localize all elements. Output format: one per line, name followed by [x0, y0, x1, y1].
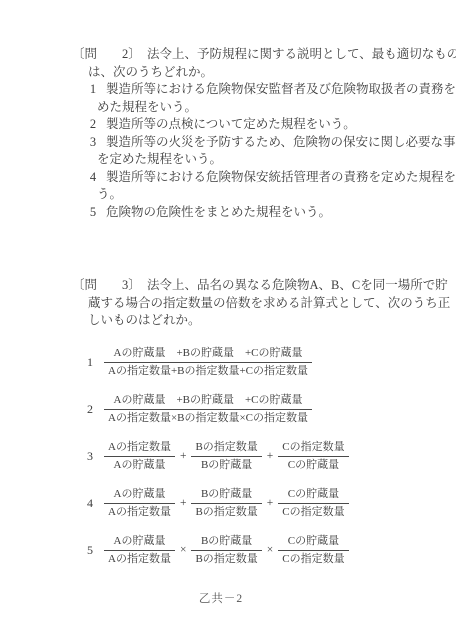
option-text: 製造所等の点検について定めた規程をいう。: [106, 116, 356, 134]
question-3-formulas: 1 Aの貯蔵量 +Bの貯蔵量 +Cの貯蔵量 Aの指定数量+Bの指定数量+Cの指定…: [0, 347, 456, 566]
operator: +: [180, 497, 187, 510]
fraction-denominator: Aの指定数量: [104, 504, 175, 519]
question-2-header-line-1: 〔問 2〕 法令上、予防規程に関する説明として、最も適切なもの: [72, 46, 456, 64]
fraction-numerator: Bの指定数量: [191, 441, 261, 457]
fraction-denominator: Aの指定数量×Bの指定数量×Cの指定数量: [104, 410, 312, 425]
operator: +: [180, 450, 187, 463]
answer-option: 3 製造所等の火災を予防するため、危険物の保安に関し必要な事項 を定めた規程をい…: [0, 134, 456, 169]
fraction-numerator: Cの指定数量: [278, 441, 348, 457]
option-number: 3: [88, 134, 98, 152]
question-3-header-line-2: 蔵する場合の指定数量の倍数を求める計算式として、次のうち正: [88, 295, 456, 313]
option-number: 5: [88, 204, 98, 222]
operator: +: [267, 497, 274, 510]
option-text-continued: めた規程をいう。: [97, 99, 456, 117]
fraction-denominator: Bの指定数量: [191, 551, 261, 566]
option-text-continued: う。: [97, 186, 456, 204]
fraction-denominator: Cの貯蔵量: [278, 457, 348, 472]
fraction-numerator: Aの貯蔵量 +Bの貯蔵量 +Cの貯蔵量: [104, 394, 312, 410]
question-2-header-line-2: は、次のうちどれか。: [88, 64, 456, 82]
option-text: 製造所等の火災を予防するため、危険物の保安に関し必要な事項: [106, 134, 456, 152]
formula-option: 4 Aの貯蔵量 Aの指定数量 + Bの貯蔵量 Bの指定数量 + Cの貯蔵量 Cの…: [85, 488, 456, 519]
fraction-denominator: Bの貯蔵量: [191, 457, 261, 472]
fraction-denominator: Cの指定数量: [278, 551, 348, 566]
fraction-numerator: Aの指定数量: [104, 441, 175, 457]
fraction: Cの貯蔵量 Cの指定数量: [278, 488, 348, 519]
option-number: 2: [88, 116, 98, 134]
formula-option: 2 Aの貯蔵量 +Bの貯蔵量 +Cの貯蔵量 Aの指定数量×Bの指定数量×Cの指定…: [85, 394, 456, 425]
fraction: Bの指定数量 Bの貯蔵量: [191, 441, 261, 472]
fraction: Aの指定数量 Aの貯蔵量: [104, 441, 175, 472]
formula-option: 1 Aの貯蔵量 +Bの貯蔵量 +Cの貯蔵量 Aの指定数量+Bの指定数量+Cの指定…: [85, 347, 456, 378]
question-3-header-line-3: しいものはどれか。: [88, 312, 456, 330]
exam-page: 〔問 2〕 法令上、予防規程に関する説明として、最も適切なもの は、次のうちどれ…: [0, 0, 456, 640]
operator: ×: [267, 544, 274, 557]
fraction-numerator: Aの貯蔵量: [104, 535, 175, 551]
fraction-numerator: Aの貯蔵量 +Bの貯蔵量 +Cの貯蔵量: [104, 347, 312, 363]
fraction: Cの指定数量 Cの貯蔵量: [278, 441, 348, 472]
option-text: 製造所等における危険物保安監督者及び危険物取扱者の責務を定: [106, 81, 456, 99]
question-3-header-line-1: 〔問 3〕 法令上、品名の異なる危険物A、B、Cを同一場所で貯: [72, 277, 456, 295]
option-number: 4: [88, 169, 98, 187]
operator: ×: [180, 544, 187, 557]
fraction: Aの貯蔵量 Aの指定数量: [104, 488, 175, 519]
question-3: 〔問 3〕 法令上、品名の異なる危険物A、B、Cを同一場所で貯 蔵する場合の指定…: [0, 277, 456, 566]
fraction-numerator: Cの貯蔵量: [278, 488, 348, 504]
page-number: 乙共－2: [0, 590, 442, 606]
fraction-denominator: Bの指定数量: [191, 504, 261, 519]
option-number: 1: [85, 356, 95, 369]
option-text: 製造所等における危険物保安統括管理者の責務を定めた規程をい: [106, 169, 456, 187]
answer-option: 2 製造所等の点検について定めた規程をいう。: [0, 116, 456, 134]
fraction-numerator: Aの貯蔵量: [104, 488, 175, 504]
fraction: Bの貯蔵量 Bの指定数量: [191, 535, 261, 566]
fraction: Aの貯蔵量 +Bの貯蔵量 +Cの貯蔵量 Aの指定数量+Bの指定数量+Cの指定数量: [104, 347, 312, 378]
fraction: Bの貯蔵量 Bの指定数量: [191, 488, 261, 519]
fraction-numerator: Bの貯蔵量: [191, 535, 261, 551]
fraction-denominator: Aの貯蔵量: [104, 457, 175, 472]
fraction: Cの貯蔵量 Cの指定数量: [278, 535, 348, 566]
formula-option: 5 Aの貯蔵量 Aの指定数量 × Bの貯蔵量 Bの指定数量 × Cの貯蔵量 Cの…: [85, 535, 456, 566]
option-text: 危険物の危険性をまとめた規程をいう。: [106, 204, 331, 222]
fraction-denominator: Aの指定数量: [104, 551, 175, 566]
fraction: Aの貯蔵量 +Bの貯蔵量 +Cの貯蔵量 Aの指定数量×Bの指定数量×Cの指定数量: [104, 394, 312, 425]
fraction-numerator: Bの貯蔵量: [191, 488, 261, 504]
option-text-continued: を定めた規程をいう。: [97, 151, 456, 169]
question-2: 〔問 2〕 法令上、予防規程に関する説明として、最も適切なもの は、次のうちどれ…: [0, 0, 456, 221]
question-2-options: 1 製造所等における危険物保安監督者及び危険物取扱者の責務を定 めた規程をいう。…: [0, 81, 456, 221]
formula-option: 3 Aの指定数量 Aの貯蔵量 + Bの指定数量 Bの貯蔵量 + Cの指定数量 C…: [85, 441, 456, 472]
option-number: 1: [88, 81, 98, 99]
option-number: 4: [85, 497, 95, 510]
answer-option: 4 製造所等における危険物保安統括管理者の責務を定めた規程をい う。: [0, 169, 456, 204]
fraction-denominator: Cの指定数量: [278, 504, 348, 519]
fraction-numerator: Cの貯蔵量: [278, 535, 348, 551]
answer-option: 1 製造所等における危険物保安監督者及び危険物取扱者の責務を定 めた規程をいう。: [0, 81, 456, 116]
option-number: 3: [85, 450, 95, 463]
option-number: 5: [85, 544, 95, 557]
operator: +: [267, 450, 274, 463]
fraction-denominator: Aの指定数量+Bの指定数量+Cの指定数量: [104, 363, 312, 378]
answer-option: 5 危険物の危険性をまとめた規程をいう。: [0, 204, 456, 222]
option-number: 2: [85, 403, 95, 416]
fraction: Aの貯蔵量 Aの指定数量: [104, 535, 175, 566]
